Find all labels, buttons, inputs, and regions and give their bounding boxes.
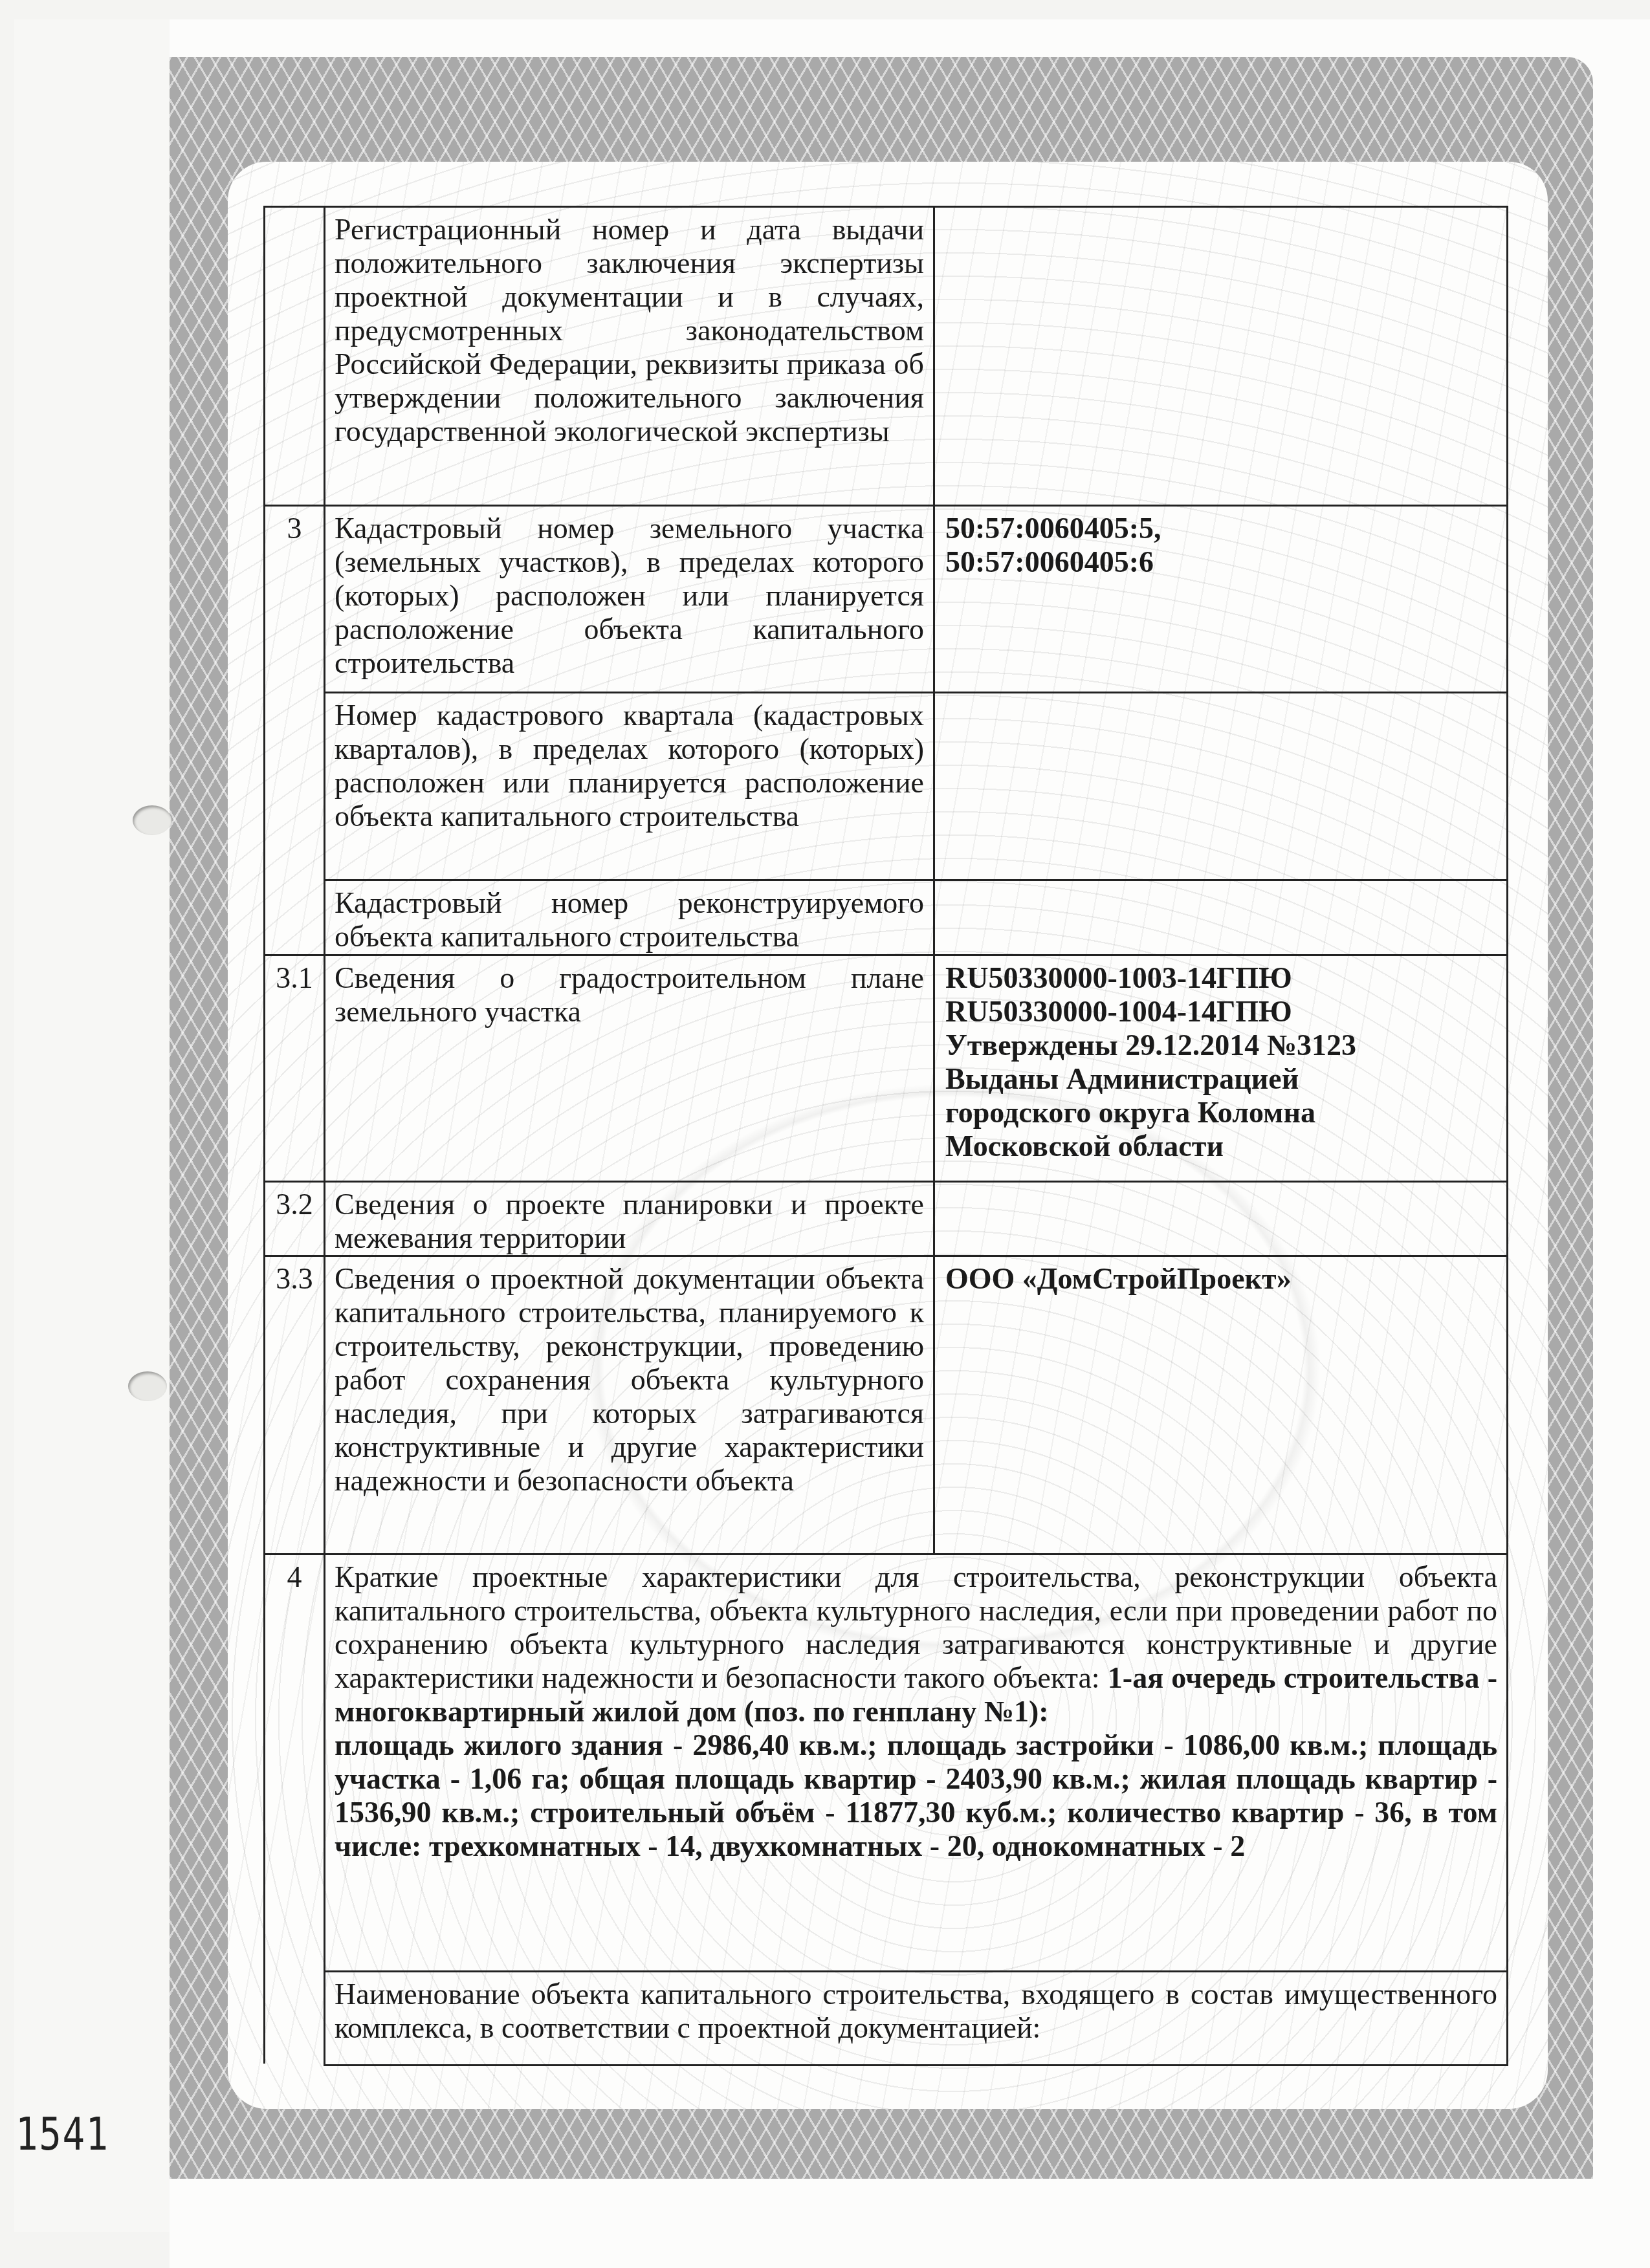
table-border-bottom bbox=[324, 2064, 1508, 2066]
row-number: 3.2 bbox=[265, 1183, 324, 1221]
issuer-line: Выданы Администрацией bbox=[945, 1062, 1494, 1096]
row-cadastral-plot-value: 50:57:0060405:5, 50:57:0060405:6 bbox=[935, 507, 1504, 579]
row-reconstructed-object-label: Кадастровый номер реконструируемого объе… bbox=[325, 881, 933, 954]
issuer-line: Московской области bbox=[945, 1129, 1494, 1163]
row-characteristics: Краткие проектные характеристики для стр… bbox=[325, 1555, 1506, 1863]
cadastral-number: 50:57:0060405:6 bbox=[945, 545, 1494, 579]
adjacent-sheet-edge bbox=[14, 19, 170, 2232]
issuer-line: городского округа Коломна bbox=[945, 1096, 1494, 1129]
column-divider bbox=[933, 206, 935, 1554]
row-urban-plan-value: RU50330000-1003-14ГПЮ RU50330000-1004-14… bbox=[935, 956, 1504, 1163]
characteristics-details: площадь жилого здания - 2986,40 кв.м.; п… bbox=[335, 1728, 1497, 1863]
plan-number: RU50330000-1004-14ГПЮ bbox=[945, 995, 1494, 1029]
plan-number: RU50330000-1003-14ГПЮ bbox=[945, 961, 1494, 995]
cadastral-number: 50:57:0060405:5, bbox=[945, 512, 1494, 545]
row-number: 3.3 bbox=[265, 1257, 324, 1296]
table-border-left bbox=[263, 206, 265, 2064]
row-object-name-label: Наименование объекта капитального строит… bbox=[325, 1972, 1506, 2045]
row-project-docs-value: ООО «ДомСтройПроект» bbox=[935, 1257, 1504, 1296]
row-registration-label: Регистрационный номер и дата выдачи поло… bbox=[325, 208, 933, 448]
row-project-docs-label: Сведения о проектной документации объект… bbox=[325, 1257, 933, 1498]
row-number: 3 bbox=[265, 507, 324, 545]
row-cadastral-plot-label: Кадастровый номер земельного участка (зе… bbox=[325, 507, 933, 680]
row-cadastral-quarter-label: Номер кадастрового квартала (кадастровых… bbox=[325, 693, 933, 833]
row-number: 4 bbox=[265, 1555, 324, 1594]
page-number: 1541 bbox=[16, 2108, 109, 2161]
approval-date: Утверждены 29.12.2014 №3123 bbox=[945, 1029, 1494, 1062]
row-urban-plan-label: Сведения о градостроительном плане земел… bbox=[325, 956, 933, 1029]
punch-hole bbox=[133, 805, 171, 835]
row-planning-project-label: Сведения о проекте планировки и проекте … bbox=[325, 1183, 933, 1255]
row-number: 3.1 bbox=[265, 956, 324, 995]
table-border-right bbox=[1506, 206, 1508, 2066]
punch-hole bbox=[128, 1371, 167, 1401]
